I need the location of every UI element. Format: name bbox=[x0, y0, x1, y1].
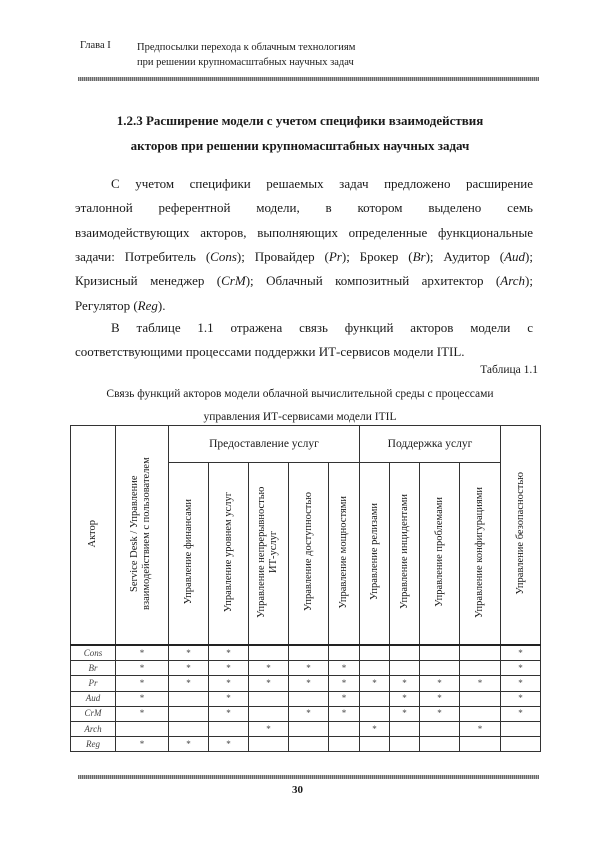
paragraph-line: Регулятор (Reg). bbox=[75, 294, 533, 318]
column-header-label: Управление непрерывностью ИТ-услуг bbox=[256, 477, 282, 627]
mark-cell: * bbox=[249, 676, 289, 691]
column-header: Управление финансами bbox=[169, 463, 209, 646]
mark-cell bbox=[289, 691, 329, 706]
mark-cell bbox=[360, 645, 390, 661]
column-header: Управление мощностями bbox=[329, 463, 360, 646]
mark-cell: * bbox=[169, 661, 209, 676]
mark-cell: * bbox=[249, 721, 289, 736]
mark-cell bbox=[289, 645, 329, 661]
column-header-label: Управление инцидентами bbox=[399, 494, 411, 609]
mark-cell bbox=[289, 721, 329, 736]
mark-cell: * bbox=[209, 676, 249, 691]
group-header-provision: Предоставление услуг bbox=[169, 426, 360, 463]
header-security-label: Управление безопасностью bbox=[515, 472, 527, 595]
paragraph-line: соответствующими процессами поддержки ИТ… bbox=[75, 340, 533, 364]
mark-cell: * bbox=[209, 661, 249, 676]
running-header-title: Предпосылки перехода к облачным технолог… bbox=[137, 40, 355, 70]
mark-cell: * bbox=[289, 661, 329, 676]
actor-abbrev: Cons bbox=[210, 249, 237, 264]
mark-cell: * bbox=[169, 676, 209, 691]
actor-abbrev: Arch bbox=[500, 273, 525, 288]
actor-abbrev: Pr bbox=[329, 249, 342, 264]
mark-cell bbox=[169, 721, 209, 736]
mark-cell: * bbox=[169, 645, 209, 661]
mark-cell: * bbox=[360, 676, 390, 691]
mark-cell bbox=[360, 706, 390, 721]
mark-cell bbox=[249, 645, 289, 661]
mark-cell: * bbox=[390, 706, 420, 721]
mark-cell bbox=[249, 691, 289, 706]
running-header-title-line: при решении крупномасштабных научных зад… bbox=[137, 55, 355, 70]
mark-cell bbox=[249, 706, 289, 721]
mark-cell bbox=[460, 706, 501, 721]
mark-cell: * bbox=[460, 676, 501, 691]
table-row: CrM******* bbox=[71, 706, 541, 721]
header-service-desk-label: Service Desk / Управление взаимодействие… bbox=[129, 448, 155, 620]
mark-cell: * bbox=[460, 721, 501, 736]
mark-cell: * bbox=[501, 645, 541, 661]
table-number: Таблица 1.1 bbox=[480, 364, 538, 376]
mark-cell: * bbox=[501, 706, 541, 721]
itil-actor-table: Актор Service Desk / Управление взаимоде… bbox=[70, 425, 541, 752]
mark-cell: * bbox=[209, 645, 249, 661]
mark-cell bbox=[329, 737, 360, 752]
mark-cell: * bbox=[116, 737, 169, 752]
column-header: Управление доступностью bbox=[289, 463, 329, 646]
actor-cell: Reg bbox=[71, 737, 116, 752]
paragraph-line: задачи: Потребитель (Cons); Провайдер (P… bbox=[75, 245, 533, 269]
mark-cell bbox=[249, 737, 289, 752]
column-header: Управление инцидентами bbox=[390, 463, 420, 646]
actor-abbrev: Reg bbox=[138, 298, 158, 313]
column-header-label: Управление уровнем услуг bbox=[223, 492, 235, 612]
column-header-label: Управление мощностями bbox=[338, 496, 350, 609]
mark-cell bbox=[289, 737, 329, 752]
group-header-support: Поддержка услуг bbox=[360, 426, 501, 463]
mark-cell bbox=[460, 645, 501, 661]
actor-abbrev: CrM bbox=[221, 273, 246, 288]
paragraph-line: Кризисный менеджер (CrM); Облачный компо… bbox=[75, 269, 533, 293]
mark-cell bbox=[360, 691, 390, 706]
actor-cell: Arch bbox=[71, 721, 116, 736]
running-header-chapter: Глава I bbox=[80, 40, 111, 51]
actor-cell: CrM bbox=[71, 706, 116, 721]
section-title-line: акторов при решении крупномасштабных нау… bbox=[60, 133, 540, 158]
mark-cell: * bbox=[249, 661, 289, 676]
mark-cell bbox=[169, 691, 209, 706]
mark-cell bbox=[460, 691, 501, 706]
header-service-desk: Service Desk / Управление взаимодействие… bbox=[116, 426, 169, 646]
mark-cell: * bbox=[501, 691, 541, 706]
mark-cell bbox=[460, 737, 501, 752]
mark-cell bbox=[329, 645, 360, 661]
table-row: Aud****** bbox=[71, 691, 541, 706]
mark-cell: * bbox=[209, 706, 249, 721]
table-row: Reg*** bbox=[71, 737, 541, 752]
table-row: Pr*********** bbox=[71, 676, 541, 691]
mark-cell: * bbox=[329, 676, 360, 691]
actor-cell: Pr bbox=[71, 676, 116, 691]
column-header: Управление проблемами bbox=[420, 463, 460, 646]
actor-cell: Br bbox=[71, 661, 116, 676]
mark-cell: * bbox=[390, 691, 420, 706]
mark-cell: * bbox=[116, 645, 169, 661]
actor-abbrev: Br bbox=[413, 249, 426, 264]
mark-cell bbox=[420, 645, 460, 661]
running-header-title-line: Предпосылки перехода к облачным технолог… bbox=[137, 40, 355, 55]
column-header: Управление конфигурациями bbox=[460, 463, 501, 646]
mark-cell: * bbox=[116, 706, 169, 721]
table-caption-line: Связь функций акторов модели облачной вы… bbox=[60, 383, 540, 406]
mark-cell: * bbox=[329, 691, 360, 706]
table-row: Cons**** bbox=[71, 645, 541, 661]
mark-cell bbox=[420, 721, 460, 736]
mark-cell bbox=[390, 721, 420, 736]
mark-cell: * bbox=[501, 661, 541, 676]
column-header-label: Управление доступностью bbox=[303, 492, 315, 611]
header-actor: Актор bbox=[71, 426, 116, 646]
mark-cell bbox=[360, 737, 390, 752]
mark-cell bbox=[209, 721, 249, 736]
actor-cell: Aud bbox=[71, 691, 116, 706]
mark-cell bbox=[390, 645, 420, 661]
mark-cell: * bbox=[501, 676, 541, 691]
mark-cell bbox=[390, 661, 420, 676]
mark-cell: * bbox=[420, 691, 460, 706]
page-number: 30 bbox=[0, 784, 595, 796]
table-row: Arch*** bbox=[71, 721, 541, 736]
mark-cell: * bbox=[420, 676, 460, 691]
column-header-label: Управление релизами bbox=[369, 503, 381, 600]
column-header: Управление релизами bbox=[360, 463, 390, 646]
mark-cell bbox=[360, 661, 390, 676]
mark-cell bbox=[501, 721, 541, 736]
header-actor-label: Актор bbox=[87, 520, 99, 548]
header-rule bbox=[78, 77, 539, 81]
mark-cell: * bbox=[390, 676, 420, 691]
table-row: Br******* bbox=[71, 661, 541, 676]
mark-cell: * bbox=[289, 676, 329, 691]
table-caption: Связь функций акторов модели облачной вы… bbox=[60, 383, 540, 429]
mark-cell bbox=[390, 737, 420, 752]
column-header-label: Управление конфигурациями bbox=[474, 487, 486, 618]
mark-cell: * bbox=[209, 737, 249, 752]
mark-cell: * bbox=[116, 661, 169, 676]
section-title-line: 1.2.3 Расширение модели с учетом специфи… bbox=[60, 108, 540, 133]
footer-rule bbox=[78, 775, 539, 779]
mark-cell: * bbox=[169, 737, 209, 752]
mark-cell: * bbox=[329, 706, 360, 721]
mark-cell: * bbox=[116, 676, 169, 691]
mark-cell bbox=[420, 661, 460, 676]
mark-cell: * bbox=[329, 661, 360, 676]
mark-cell: * bbox=[360, 721, 390, 736]
mark-cell: * bbox=[289, 706, 329, 721]
paragraph-line: В таблице 1.1 отражена связь функций акт… bbox=[75, 316, 533, 340]
header-security: Управление безопасностью bbox=[501, 426, 541, 646]
mark-cell: * bbox=[209, 691, 249, 706]
mark-cell bbox=[169, 706, 209, 721]
column-header: Управление непрерывностью ИТ-услуг bbox=[249, 463, 289, 646]
column-header-label: Управление проблемами bbox=[434, 497, 446, 607]
column-header: Управление уровнем услуг bbox=[209, 463, 249, 646]
mark-cell bbox=[420, 737, 460, 752]
mark-cell: * bbox=[116, 691, 169, 706]
mark-cell bbox=[460, 661, 501, 676]
paragraph-line: взаимодействующих акторов, выполняющих о… bbox=[75, 221, 533, 245]
mark-cell bbox=[329, 721, 360, 736]
actor-cell: Cons bbox=[71, 645, 116, 661]
actor-abbrev: Aud bbox=[504, 249, 525, 264]
paragraph-line: С учетом специфики решаемых задач предло… bbox=[75, 172, 533, 196]
section-title: 1.2.3 Расширение модели с учетом специфи… bbox=[60, 108, 540, 158]
mark-cell: * bbox=[420, 706, 460, 721]
mark-cell bbox=[116, 721, 169, 736]
mark-cell bbox=[501, 737, 541, 752]
paragraph-line: эталонной референтной модели, в котором … bbox=[75, 196, 533, 220]
column-header-label: Управление финансами bbox=[183, 499, 195, 604]
